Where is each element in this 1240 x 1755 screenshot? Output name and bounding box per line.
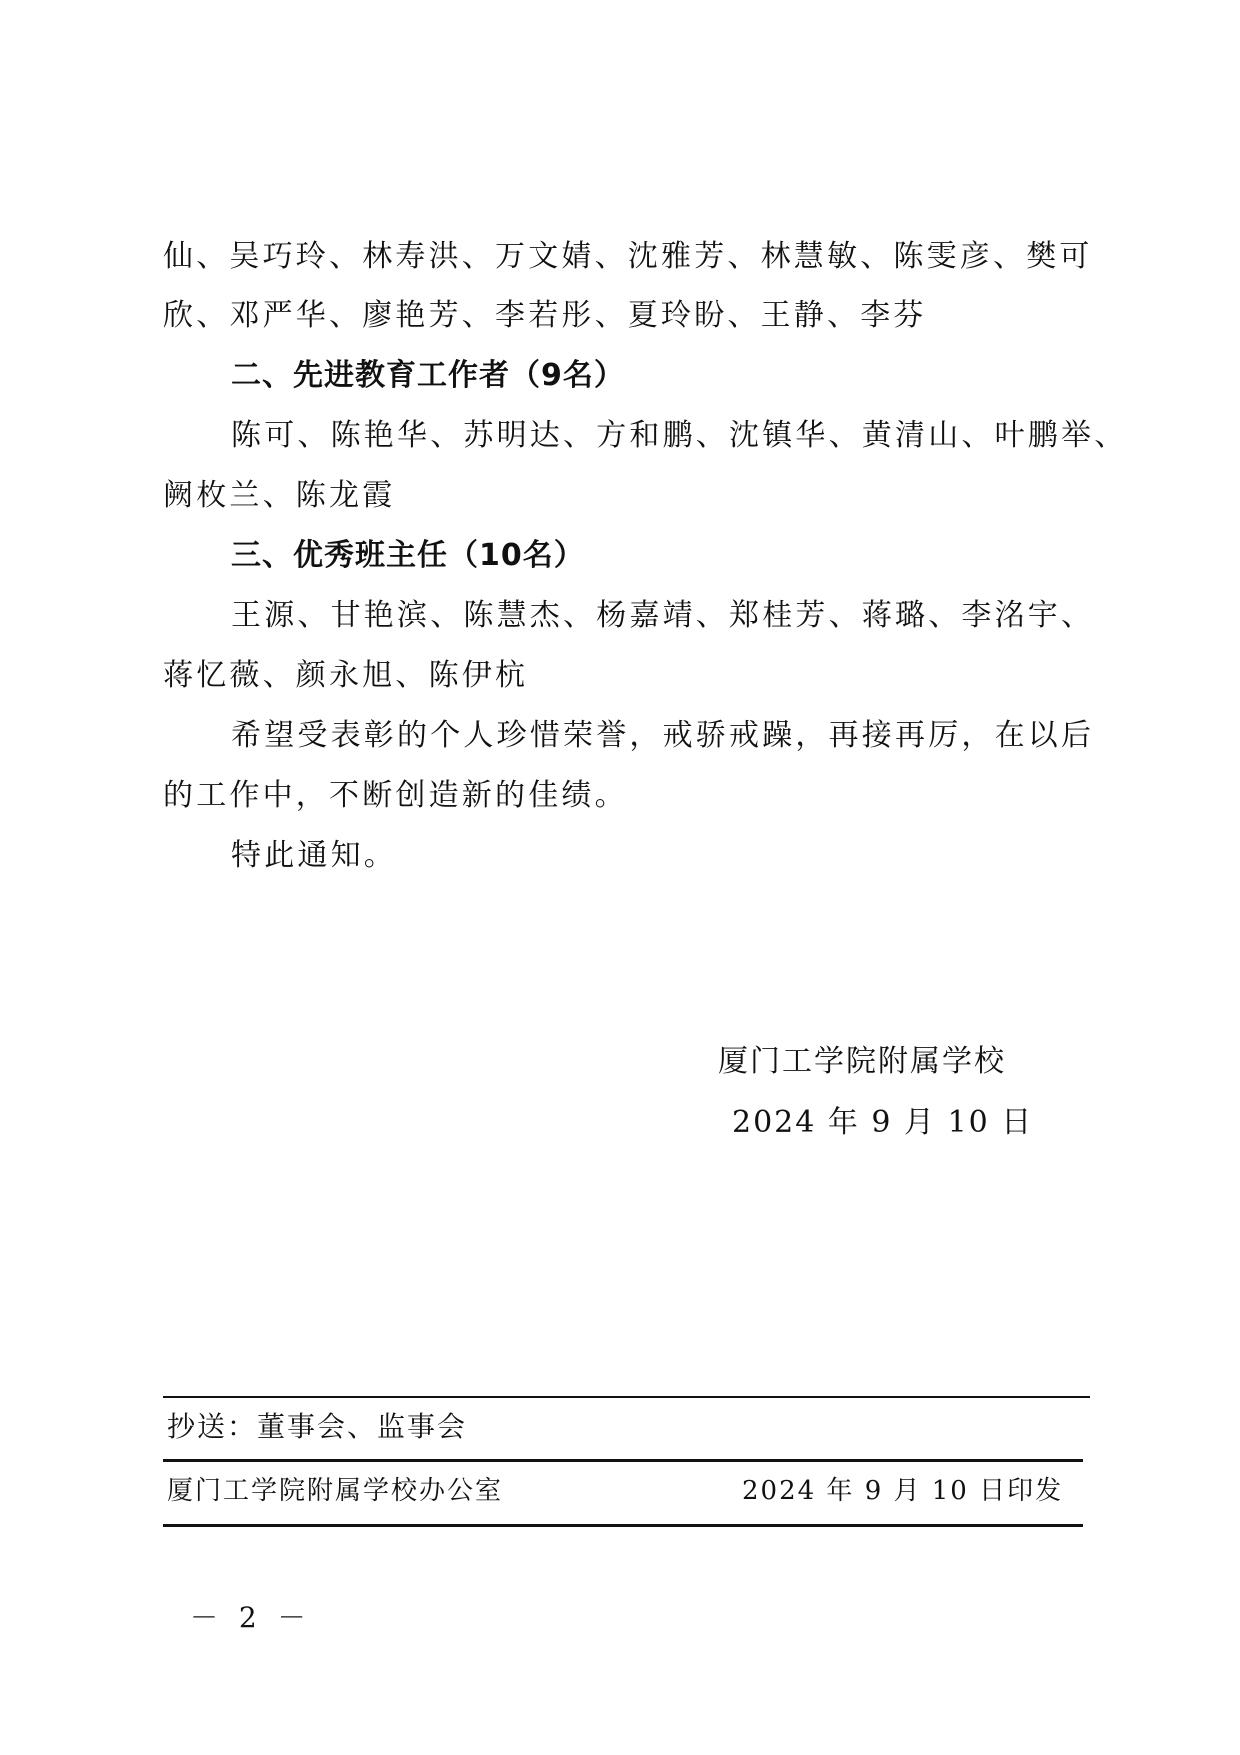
award-list-line: 陈可、陈艳华、苏明达、方和鹏、沈镇华、黄清山、叶鹏举、 bbox=[231, 416, 1127, 456]
award-list-line: 王源、甘艳滨、陈慧杰、杨嘉靖、郑桂芳、蒋璐、李洺宇、 bbox=[231, 596, 1094, 636]
issuing-office: 厦门工学院附属学校办公室 bbox=[167, 1473, 503, 1509]
footer-divider-middle bbox=[163, 1459, 1083, 1462]
closing-notice: 特此通知。 bbox=[231, 836, 397, 876]
footer-divider-bottom bbox=[163, 1524, 1083, 1527]
signature-organization: 厦门工学院附属学校 bbox=[718, 1042, 1006, 1082]
footer-divider-top bbox=[163, 1396, 1090, 1398]
cc-recipients: 抄送：董事会、监事会 bbox=[167, 1409, 467, 1445]
signature-date: 2024 年 9 月 10 日 bbox=[732, 1103, 1033, 1143]
closing-paragraph-line: 的工作中，不断创造新的佳绩。 bbox=[163, 776, 628, 816]
issue-date: 2024 年 9 月 10 日印发 bbox=[742, 1473, 1063, 1509]
section-heading-advanced-educators: 二、先进教育工作者（9名） bbox=[231, 356, 625, 396]
award-list-line: 阙枚兰、陈龙霞 bbox=[163, 476, 395, 516]
section-heading-excellent-class-teachers: 三、优秀班主任（10名） bbox=[231, 536, 585, 576]
award-list-line: 欣、邓严华、廖艳芳、李若彤、夏玲盼、王静、李芬 bbox=[163, 296, 927, 336]
award-list-line: 仙、吴巧玲、林寿洪、万文婧、沈雅芳、林慧敏、陈雯彦、樊可 bbox=[163, 237, 1093, 277]
page-number: － 2 － bbox=[190, 1600, 312, 1636]
closing-paragraph-line: 希望受表彰的个人珍惜荣誉，戒骄戒躁，再接再厉，在以后 bbox=[231, 716, 1094, 756]
award-list-line: 蒋忆薇、颜永旭、陈伊杭 bbox=[163, 656, 528, 696]
